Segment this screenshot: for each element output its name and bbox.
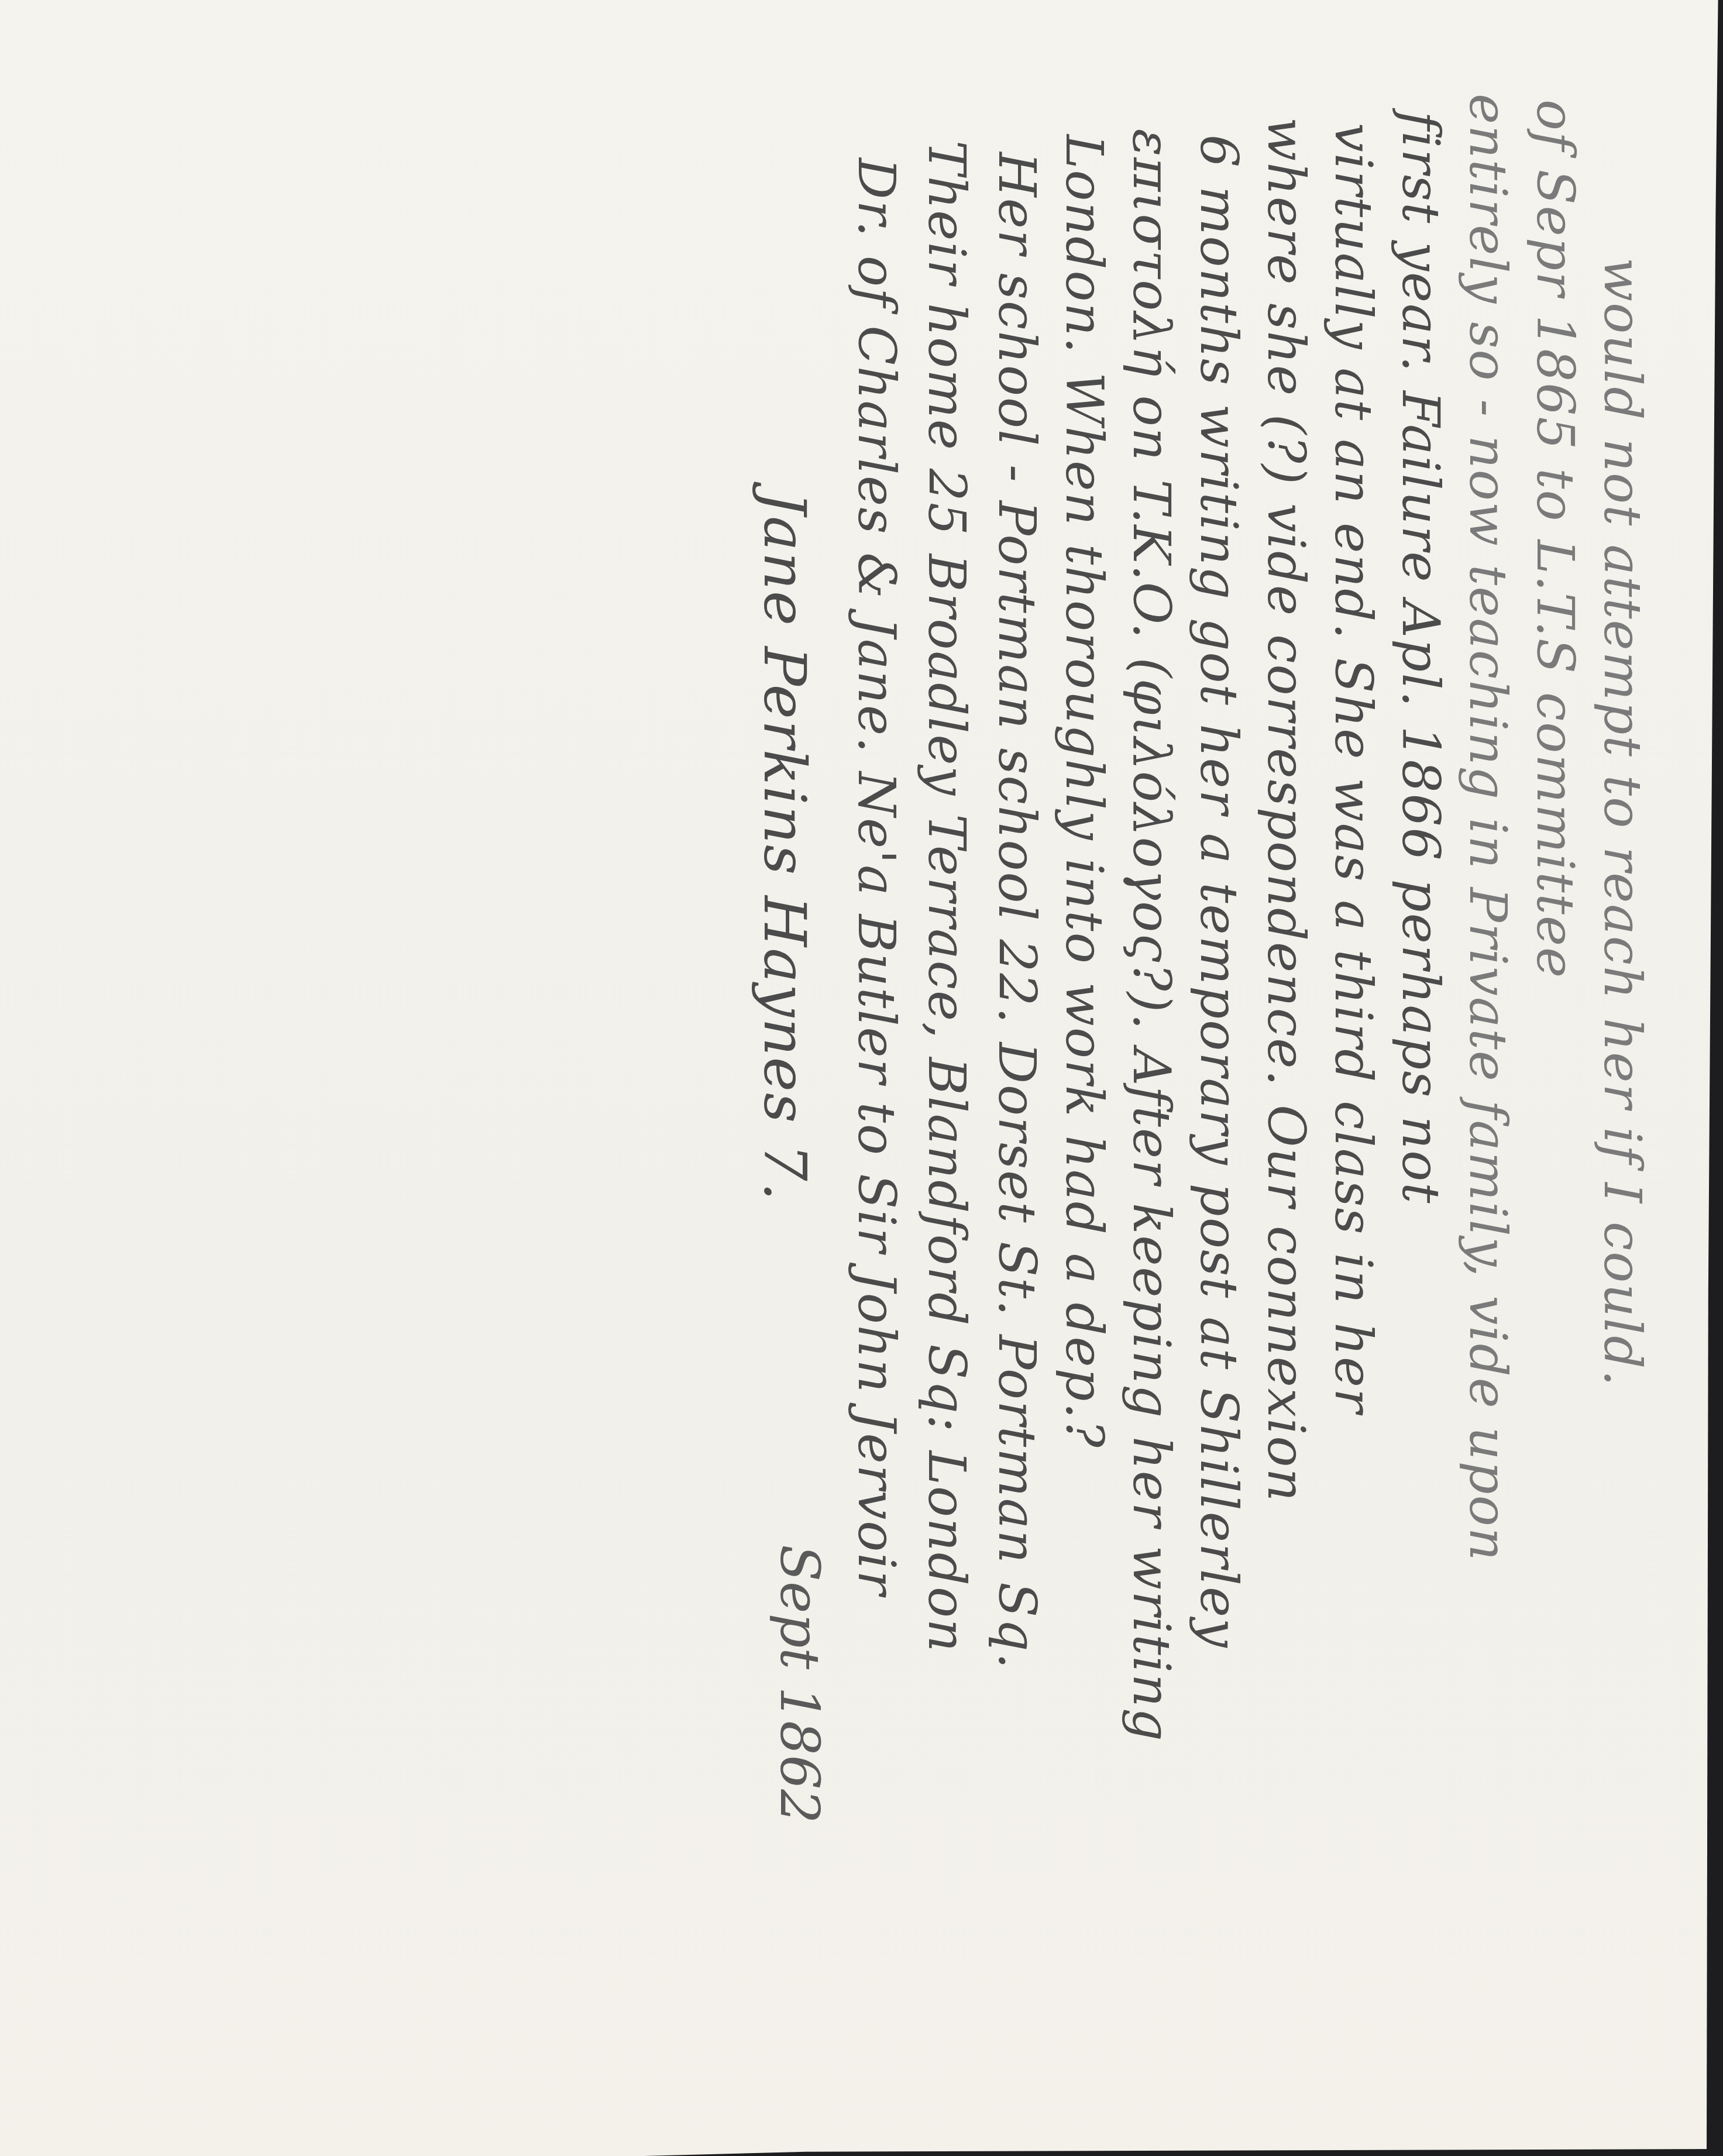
text-line-3: Her school - Portman school 22. Dorset S…	[987, 152, 1047, 1670]
text-line-7: where she (?) vide correspondence. Our c…	[1256, 117, 1316, 1502]
text-line-11: of Sepr 1865 to L.T.S committee	[1525, 99, 1586, 979]
text-line-9: first year. Failure Apl. 1866 perhaps no…	[1391, 111, 1451, 1205]
text-line-8: virtually at an end. She was a third cla…	[1323, 123, 1384, 1414]
text-line-2: Their home 25 Broadley Terrace, Blandfor…	[917, 140, 977, 1653]
text-line-5: επιστολή on T.K.O. (φιλόλογος?). After k…	[1122, 129, 1182, 1742]
handwritten-text-block: Jane Perkins Haynes 7. Sept 1862 Dr. of …	[772, 47, 1685, 2106]
text-line-1: Dr. of Charles & Jane. Ne'a Butler to Si…	[847, 158, 907, 1596]
paper-sheet: Jane Perkins Haynes 7. Sept 1862 Dr. of …	[0, 0, 1723, 2156]
record-date: Sept 1862	[768, 1545, 831, 1824]
record-name-heading: Jane Perkins Haynes 7.	[751, 491, 819, 1202]
text-line-10: entirely so - now teaching in Private fa…	[1458, 94, 1518, 1562]
text-line-4: London. When thoroughly into work had a …	[1054, 135, 1115, 1449]
text-line-6: 6 months writing got her a temporary pos…	[1189, 135, 1249, 1649]
text-line-12: would not attempt to reach her if I coul…	[1593, 257, 1653, 1387]
